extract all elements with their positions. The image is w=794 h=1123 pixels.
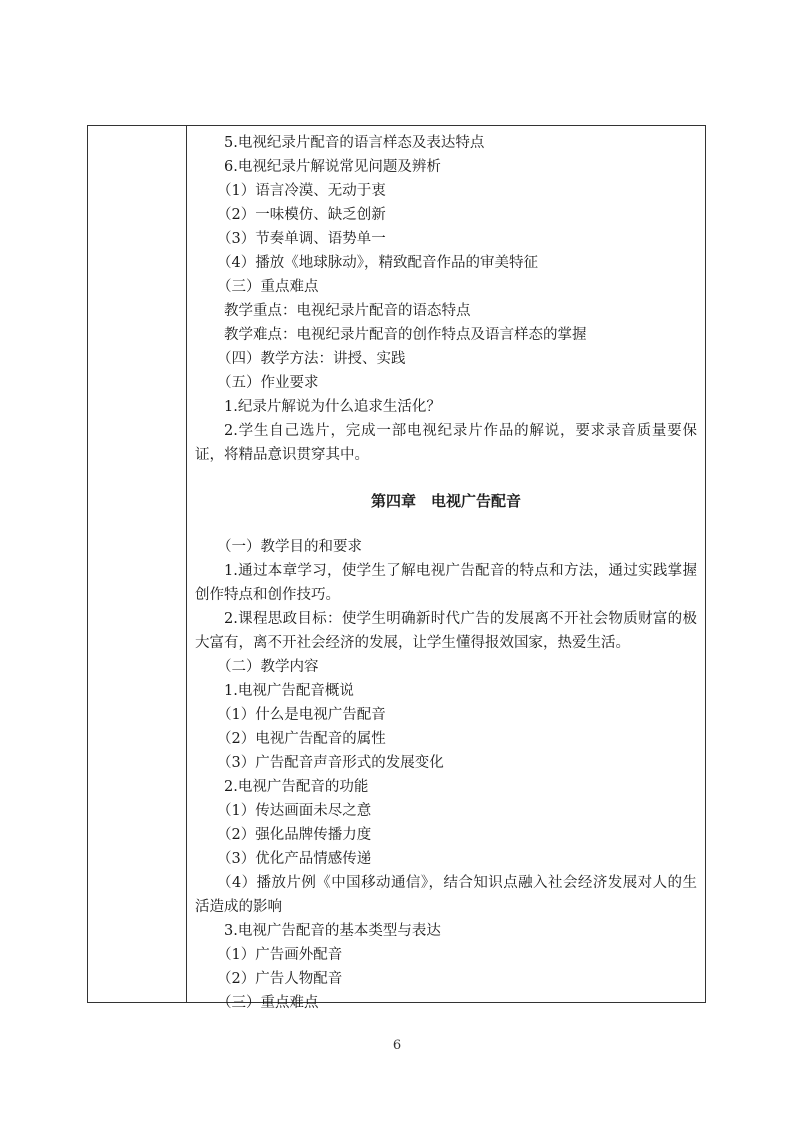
text-line: （二）教学内容: [195, 655, 697, 679]
text-line: （4）播放《地球脉动》，精致配音作品的审美特征: [195, 251, 697, 275]
text-line: （1）语言冷漠、无动于衷: [195, 179, 697, 203]
text-line: （2）电视广告配音的属性: [195, 727, 697, 751]
text-line: （3）优化产品情感传递: [195, 847, 697, 871]
chapter-title: 第四章 电视广告配音: [195, 489, 697, 513]
text-line: （1）传达画面未尽之意: [195, 799, 697, 823]
text-line: 1.电视广告配音概说: [195, 679, 697, 703]
objective-2: 2.课程思政目标：使学生明确新时代广告的发展离不开社会物质财富的极大富有，离不开…: [195, 607, 697, 655]
content-item-example: （4）播放片例《中国移动通信》，结合知识点融入社会经济发展对人的生活造成的影响: [195, 871, 697, 919]
text-line: （1）广告画外配音: [195, 943, 697, 967]
text-line: 教学重点：电视纪录片配音的语态特点: [195, 299, 697, 323]
course-content: 5.电视纪录片配音的语言样态及表达特点6.电视纪录片解说常见问题及辨析（1）语言…: [195, 131, 697, 1015]
text-line: （1）什么是电视广告配音: [195, 703, 697, 727]
assignment-2: 2.学生自己选片，完成一部电视纪录片作品的解说，要求录音质量要保证，将精品意识贯…: [195, 419, 697, 467]
text-line: 3.电视广告配音的基本类型与表达: [195, 919, 697, 943]
table-left-column: [88, 126, 187, 1002]
text-line: （三）重点难点: [195, 275, 697, 299]
section-teaching-content-ch3: 5.电视纪录片配音的语言样态及表达特点6.电视纪录片解说常见问题及辨析（1）语言…: [195, 131, 697, 419]
text-line: （3）节奏单调、语势单一: [195, 227, 697, 251]
text-line: （3）广告配音声音形式的发展变化: [195, 751, 697, 775]
objectives-heading: （一）教学目的和要求: [195, 535, 697, 559]
text-line: 1.纪录片解说为什么追求生活化？: [195, 395, 697, 419]
section-teaching-content-ch4: （二）教学内容1.电视广告配音概说（1）什么是电视广告配音（2）电视广告配音的属…: [195, 655, 697, 871]
text-line: 2.电视广告配音的功能: [195, 775, 697, 799]
text-line: （四）教学方法：讲授、实践: [195, 347, 697, 371]
text-line: （三）重点难点: [195, 991, 697, 1015]
text-line: 6.电视纪录片解说常见问题及辨析: [195, 155, 697, 179]
text-line: （五）作业要求: [195, 371, 697, 395]
section-types: 3.电视广告配音的基本类型与表达（1）广告画外配音（2）广告人物配音（三）重点难…: [195, 919, 697, 1015]
text-line: （2）一味模仿、缺乏创新: [195, 203, 697, 227]
objective-1: 1.通过本章学习，使学生了解电视广告配音的特点和方法，通过实践掌握创作特点和创作…: [195, 559, 697, 607]
page-number: 6: [0, 1038, 794, 1053]
text-line: 教学难点：电视纪录片配音的创作特点及语言样态的掌握: [195, 323, 697, 347]
text-line: 5.电视纪录片配音的语言样态及表达特点: [195, 131, 697, 155]
course-table: 5.电视纪录片配音的语言样态及表达特点6.电视纪录片解说常见问题及辨析（1）语言…: [87, 125, 706, 1003]
table-right-column: 5.电视纪录片配音的语言样态及表达特点6.电视纪录片解说常见问题及辨析（1）语言…: [187, 126, 705, 1002]
text-line: （2）强化品牌传播力度: [195, 823, 697, 847]
text-line: （2）广告人物配音: [195, 967, 697, 991]
